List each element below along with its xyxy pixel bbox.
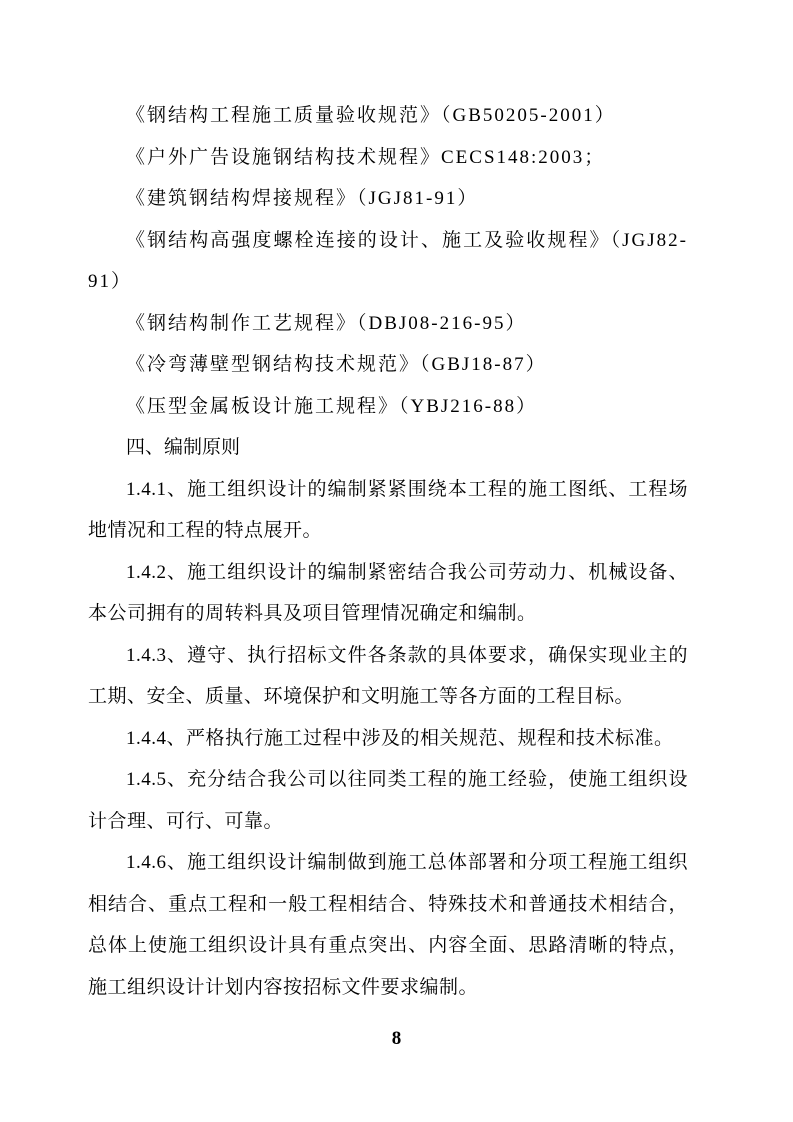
reference-item: 《钢结构工程施工质量验收规范》（GB50205-2001）: [88, 95, 688, 137]
principle-paragraph: 1.4.5、充分结合我公司以往同类工程的施工经验，使施工组织设计合理、可行、可靠…: [88, 759, 688, 842]
principle-paragraph: 1.4.2、施工组织设计的编制紧密结合我公司劳动力、机械设备、本公司拥有的周转料…: [88, 552, 688, 635]
reference-item: 《建筑钢结构焊接规程》（JGJ81-91）: [88, 178, 688, 220]
principle-paragraph: 1.4.1、施工组织设计的编制紧紧围绕本工程的施工图纸、工程场地情况和工程的特点…: [88, 469, 688, 552]
reference-item: 《冷弯薄壁型钢结构技术规范》（GBJ18-87）: [88, 344, 688, 386]
reference-item: 《钢结构高强度螺栓连接的设计、施工及验收规程》（JGJ82-91）: [88, 220, 688, 303]
principle-paragraph: 1.4.3、遵守、执行招标文件各条款的具体要求，确保实现业主的工期、安全、质量、…: [88, 635, 688, 718]
section-heading: 四、编制原则: [88, 427, 688, 469]
page-number: 8: [0, 1026, 793, 1052]
reference-item: 《压型金属板设计施工规程》（YBJ216-88）: [88, 386, 688, 428]
document-page: 《钢结构工程施工质量验收规范》（GB50205-2001） 《户外广告设施钢结构…: [0, 0, 793, 1122]
reference-item: 《户外广告设施钢结构技术规程》CECS148:2003；: [88, 137, 688, 179]
document-body: 《钢结构工程施工质量验收规范》（GB50205-2001） 《户外广告设施钢结构…: [88, 95, 688, 1008]
principle-paragraph: 1.4.6、施工组织设计编制做到施工总体部署和分项工程施工组织相结合、重点工程和…: [88, 842, 688, 1008]
principle-paragraph: 1.4.4、严格执行施工过程中涉及的相关规范、规程和技术标准。: [88, 718, 688, 760]
reference-item: 《钢结构制作工艺规程》（DBJ08-216-95）: [88, 303, 688, 345]
